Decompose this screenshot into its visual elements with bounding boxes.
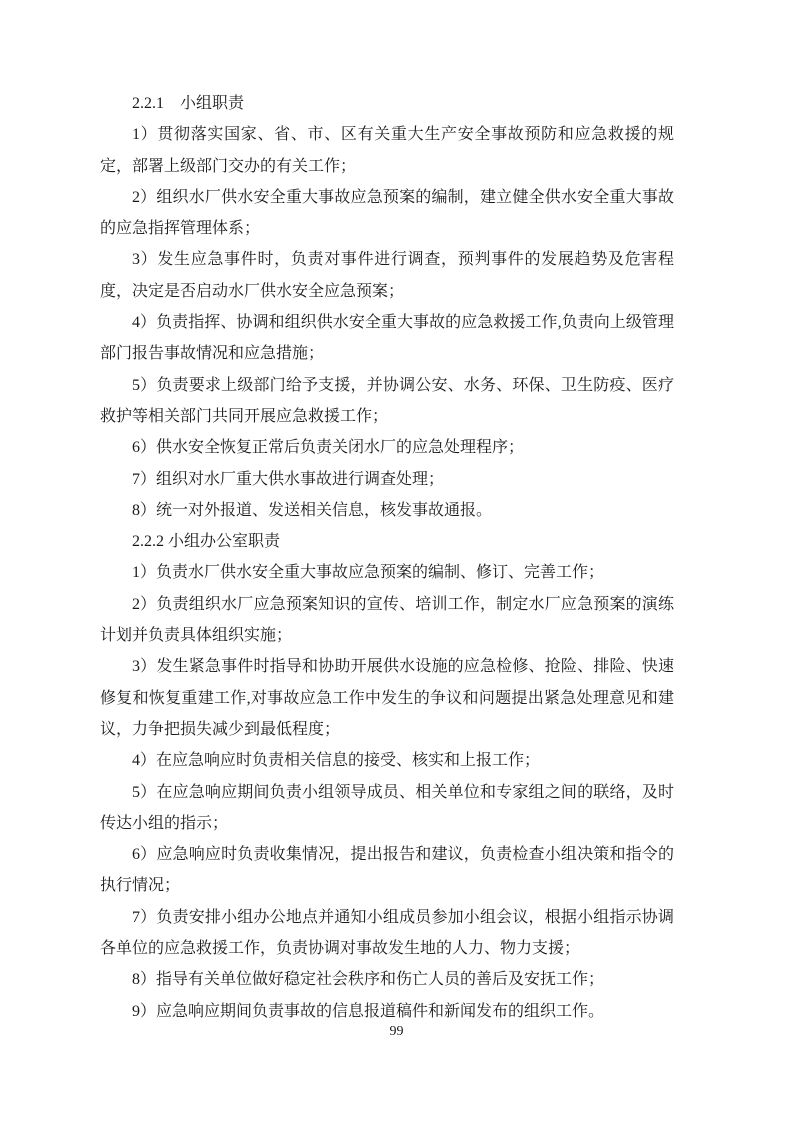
paragraph: 1）负责水厂供水安全重大事故应急预案的编制、修订、完善工作；: [100, 557, 674, 588]
paragraph: 5）在应急响应期间负责小组领导成员、相关单位和专家组之间的联络，及时传达小组的指…: [100, 777, 674, 840]
paragraph: 8）统一对外报道、发送相关信息，核发事故通报。: [100, 495, 674, 526]
section-heading: 2.2.2 小组办公室职责: [100, 526, 674, 557]
paragraph: 6）供水安全恢复正常后负责关闭水厂的应急处理程序；: [100, 432, 674, 463]
paragraph: 3）发生紧急事件时指导和协助开展供水设施的应急检修、抢险、排险、快速修复和恢复重…: [100, 651, 674, 745]
paragraph: 7）组织对水厂重大供水事故进行调查处理；: [100, 464, 674, 495]
paragraph: 7）负责安排小组办公地点并通知小组成员参加小组会议，根据小组指示协调各单位的应急…: [100, 902, 674, 965]
paragraph: 2）负责组织水厂应急预案知识的宣传、培训工作，制定水厂应急预案的演练计划并负责具…: [100, 589, 674, 652]
paragraph: 6）应急响应时负责收集情况，提出报告和建议，负责检查小组决策和指令的执行情况；: [100, 839, 674, 902]
section-heading: 2.2.1 小组职责: [100, 88, 674, 119]
document-page: 2.2.1 小组职责1）贯彻落实国家、省、市、区有关重大生产安全事故预防和应急救…: [0, 0, 793, 1122]
paragraph: 4）负责指挥、协调和组织供水安全重大事故的应急救援工作,负责向上级管理部门报告事…: [100, 307, 674, 370]
paragraph: 1）贯彻落实国家、省、市、区有关重大生产安全事故预防和应急救援的规定，部署上级部…: [100, 119, 674, 182]
paragraph: 4）在应急响应时负责相关信息的接受、核实和上报工作；: [100, 745, 674, 776]
page-number: 99: [0, 1024, 793, 1040]
paragraph: 8）指导有关单位做好稳定社会秩序和伤亡人员的善后及安抚工作；: [100, 964, 674, 995]
paragraph: 3）发生应急事件时，负责对事件进行调查，预判事件的发展趋势及危害程度，决定是否启…: [100, 244, 674, 307]
paragraph: 9）应急响应期间负责事故的信息报道稿件和新闻发布的组织工作。: [100, 996, 674, 1027]
paragraph: 2）组织水厂供水安全重大事故应急预案的编制，建立健全供水安全重大事故的应急指挥管…: [100, 182, 674, 245]
paragraph: 5）负责要求上级部门给予支援，并协调公安、水务、环保、卫生防疫、医疗救护等相关部…: [100, 370, 674, 433]
document-content: 2.2.1 小组职责1）贯彻落实国家、省、市、区有关重大生产安全事故预防和应急救…: [100, 88, 674, 1027]
